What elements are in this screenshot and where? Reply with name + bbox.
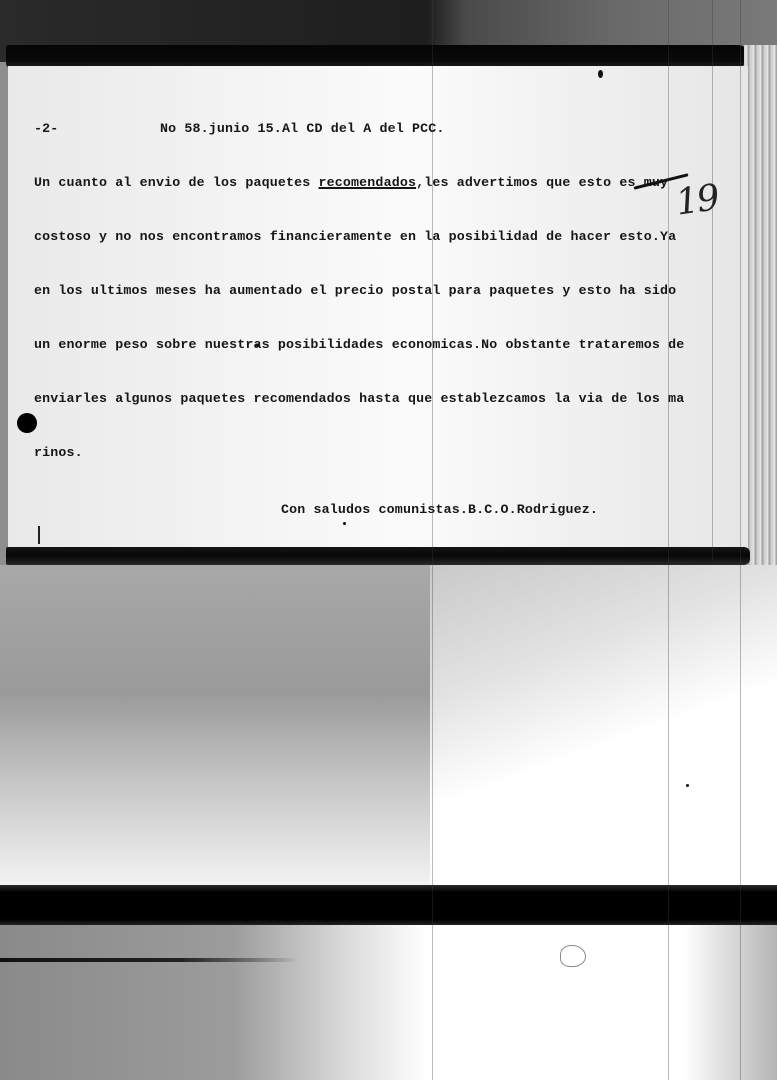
scan-speck [343,522,346,525]
scan-speck [256,344,259,347]
scan-scratch-line [668,0,669,1080]
letter-heading: No 58.junio 15.Al CD del A del PCC. [160,121,445,136]
body-line: costoso y no nos encontramos financieram… [34,228,754,246]
body-text: costoso y no nos encontramos financieram… [34,229,676,244]
handwritten-page-number: 19 [673,177,720,223]
body-line: un enorme peso sobre nuestras posibilida… [34,336,754,354]
typewritten-letter: -2-No 58.junio 15.Al CD del A del PCC. U… [34,84,754,537]
body-text: Un cuanto al envio de los paquetes [34,175,319,190]
body-text: un enorme peso sobre nuestras posibilida… [34,337,684,352]
scan-top-shadow-bar [6,45,748,67]
scan-middle-shadow-bar [6,547,750,565]
margin-mark [38,526,40,544]
body-line: enviarles algunos paquetes recomendados … [34,390,754,408]
punch-hole-icon [17,413,37,433]
scan-footer-line [0,958,300,962]
page-number-label: -2- [34,120,160,138]
body-text: enviarles algunos paquetes recomendados … [34,391,684,406]
scan-lower-right-area [430,565,777,885]
body-text: en los ultimos meses ha aumentado el pre… [34,283,676,298]
scan-footer-area [0,925,777,1080]
body-line: en los ultimos meses ha aumentado el pre… [34,282,754,300]
scan-scratch-line [712,0,713,560]
scan-scratch-line [740,0,741,1080]
scan-scratch-line [432,0,433,1080]
scan-bottom-shadow-bar [0,885,777,925]
underlined-word: recomendados [319,175,417,190]
scan-speck [598,70,603,78]
letter-header-line: -2-No 58.junio 15.Al CD del A del PCC. [34,120,754,138]
body-line: rinos. [34,444,754,462]
body-text: ,les advertimos que esto es muy [416,175,668,190]
body-text: rinos. [34,445,83,460]
scan-lower-left-area [0,565,430,885]
signature-line: Con saludos comunistas.B.C.O.Rodriguez. [34,501,754,519]
stamp-mark-icon [560,945,586,967]
scan-speck [686,784,689,787]
